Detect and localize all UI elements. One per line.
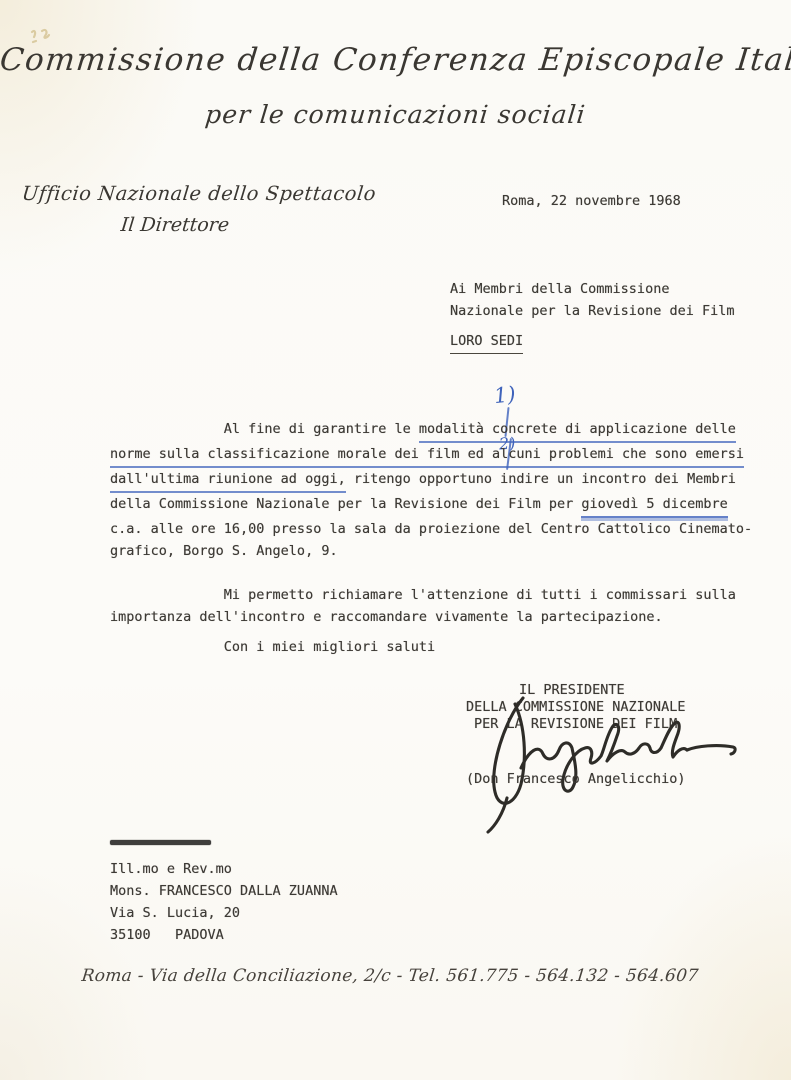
pen-underlined-text: norme sulla classificazione morale dei f… xyxy=(110,443,744,468)
body-text: ritengo opportuno indire un incontro dei… xyxy=(346,471,736,487)
letterhead-office-role: Il Direttore xyxy=(94,214,256,236)
address-line: Via S. Lucia, 20 xyxy=(110,902,240,924)
recipient-line1: Ai Membri della Commissione xyxy=(450,278,669,300)
body-text: Mi permetto richiamare l'attenzione di t… xyxy=(110,587,736,603)
pen-underlined-text: modalità concrete di applicazione delle xyxy=(419,418,736,443)
body-line: della Commissione Nazionale per la Revis… xyxy=(110,493,752,518)
paragraph-gap xyxy=(110,562,752,584)
paragraph-gap xyxy=(110,628,752,636)
footer-address-line: Roma - Via della Conciliazione, 2/c - Te… xyxy=(0,966,781,986)
body-text: importanza dell'incontro e raccomandare … xyxy=(110,609,663,625)
body-line: grafico, Borgo S. Angelo, 9. xyxy=(110,540,752,562)
pen-annotation-1: 1) xyxy=(493,382,517,408)
signature-typed-name: (Don Francesco Angelicchio) xyxy=(466,768,685,790)
body-text: grafico, Borgo S. Angelo, 9. xyxy=(110,543,338,559)
body-line: Mi permetto richiamare l'attenzione di t… xyxy=(110,584,752,606)
recipient-loro-sedi: LORO SEDI xyxy=(450,330,523,354)
body-text: Con i miei migliori saluti xyxy=(110,639,435,655)
handwritten-signature xyxy=(445,686,745,836)
date-line: Roma, 22 novembre 1968 xyxy=(502,190,681,212)
pen-underlined-text: dall'ultima riunione ad oggi, xyxy=(110,468,346,493)
address-line: 35100 PADOVA xyxy=(110,924,224,946)
pen-double-underlined-text: giovedì 5 dicembre xyxy=(581,493,727,518)
body-line: c.a. alle ore 16,00 presso la sala da pr… xyxy=(110,518,752,540)
struck-out-line xyxy=(110,840,211,845)
loro-sedi-underlined: LORO SEDI xyxy=(450,330,523,354)
recipient-line2: Nazionale per la Revisione dei Film xyxy=(450,300,734,322)
letter-body: Al fine di garantire le modalità concret… xyxy=(110,418,752,658)
closing-line: Con i miei migliori saluti xyxy=(110,636,752,658)
body-text: c.a. alle ore 16,00 presso la sala da pr… xyxy=(110,521,752,537)
body-line: norme sulla classificazione morale dei f… xyxy=(110,443,752,468)
letterhead-title-line1: Commissione della Conferenza Episcopale … xyxy=(0,42,791,78)
body-line: importanza dell'incontro e raccomandare … xyxy=(110,606,752,628)
letterhead-office: Ufficio Nazionale dello Spettacolo xyxy=(21,182,377,205)
body-text: Al fine di garantire le xyxy=(110,421,419,437)
body-line: dall'ultima riunione ad oggi, ritengo op… xyxy=(110,468,752,493)
address-line: Ill.mo e Rev.mo xyxy=(110,858,232,880)
address-line: Mons. FRANCESCO DALLA ZUANNA xyxy=(110,880,338,902)
body-text: della Commissione Nazionale per la Revis… xyxy=(110,496,581,512)
scanned-letter-page: Commissione della Conferenza Episcopale … xyxy=(0,0,791,1080)
body-line: Al fine di garantire le modalità concret… xyxy=(110,418,752,443)
letterhead-title-line2: per le comunicazioni sociali xyxy=(0,100,791,129)
